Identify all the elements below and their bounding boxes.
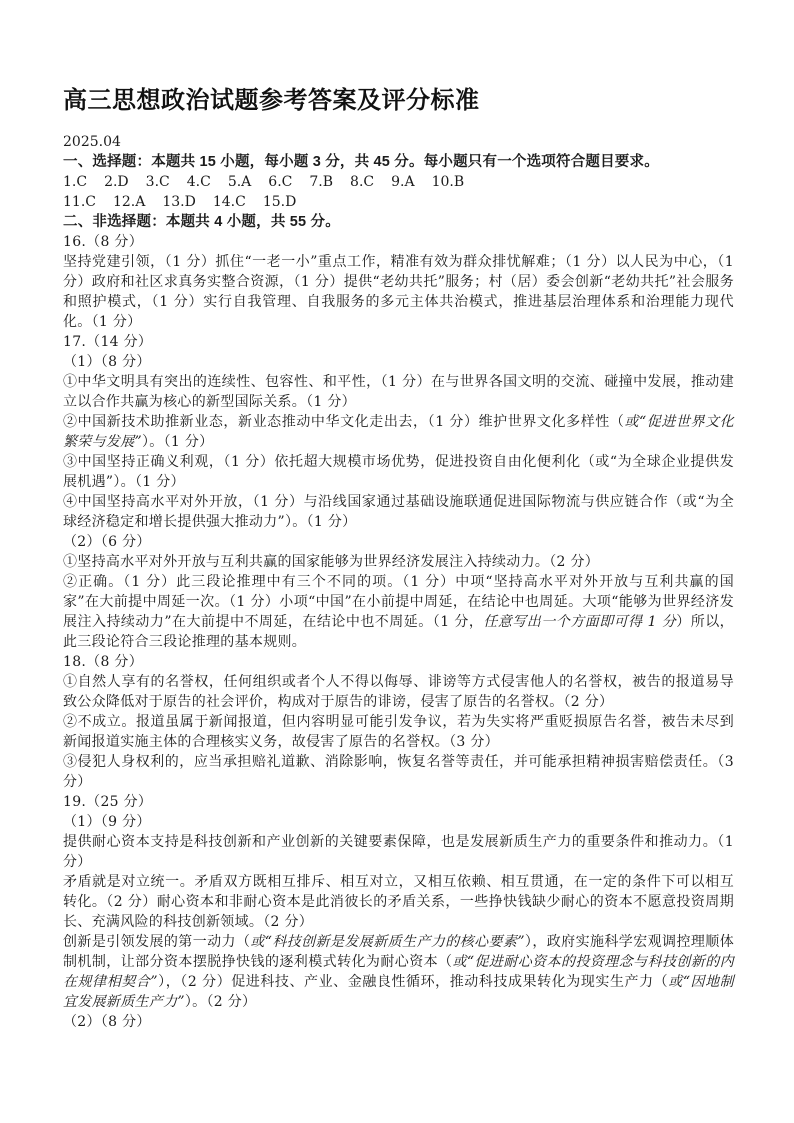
answer-item: 11.C [63, 192, 96, 212]
answer-item: 7.B [309, 172, 333, 192]
q16-answer: 坚持党建引领，（1 分）抓住“一老一小”重点工作，精准有效为群众排忧解难；（1 … [63, 252, 734, 332]
answer-item: 13.D [162, 192, 196, 212]
answer-item: 15.D [263, 192, 297, 212]
answer-item: 1.C [63, 172, 87, 192]
q17-part1-point4: ④中国坚持高水平对外开放，（1 分）与沿线国家通过基础设施联通促进国际物流与供应… [63, 492, 734, 532]
date-label: 2025.04 [63, 132, 734, 152]
answer-item: 4.C [187, 172, 211, 192]
q19-part1-para3: 创新是引领发展的第一动力（或“科技创新是发展新质生产力的核心要素”），政府实施科… [63, 932, 734, 1012]
q19-part1-para1: 提供耐心资本支持是科技创新和产业创新的关键要素保障，也是发展新质生产力的重要条件… [63, 832, 734, 872]
q17-part1-point1: ①中华文明具有突出的连续性、包容性、和平性，（1 分）在与世界各国文明的交流、碰… [63, 372, 734, 412]
q16-number: 16.（8 分） [63, 232, 734, 252]
answer-item: 8.C [350, 172, 374, 192]
document-content: 高三思想政治试题参考答案及评分标准 2025.04 一、选择题：本题共 15 小… [0, 0, 794, 1032]
q18-point3: ③侵犯人身权利的，应当承担赔礼道歉、消除影响，恢复名誉等责任，并可能承担精神损害… [63, 752, 734, 792]
q19-part2-number: （2）（8 分） [63, 1012, 734, 1032]
answer-item: 10.B [432, 172, 465, 192]
answer-blocks: 16.（8 分）坚持党建引领，（1 分）抓住“一老一小”重点工作，精准有效为群众… [63, 232, 734, 1032]
q17-part1-point3: ③中国坚持正确义利观，（1 分）依托超大规模市场优势，促进投资自由化便利化（或“… [63, 452, 734, 492]
q18-point2: ②不成立。报道虽属于新闻报道，但内容明显可能引发争议，若为失实将严重贬损原告名誉… [63, 712, 734, 752]
q19-part1-number: （1）（9 分） [63, 812, 734, 832]
answer-item: 14.C [213, 192, 246, 212]
answer-row: 1.C2.D3.C4.C5.A6.C7.B8.C9.A10.B [63, 172, 734, 192]
answer-item: 9.A [391, 172, 414, 192]
answer-row: 11.C12.A13.D14.C15.D [63, 192, 734, 212]
q18-number: 18.（8 分） [63, 652, 734, 672]
nonchoice-section-heading: 二、非选择题：本题共 4 小题，共 55 分。 [63, 212, 734, 232]
q17-part1-point2: ②中国新技术助推新业态，新业态推动中华文化走出去，（1 分）维护世界文化多样性（… [63, 412, 734, 452]
answer-item: 5.A [228, 172, 251, 192]
q18-point1: ①自然人享有的名誉权，任何组织或者个人不得以侮辱、诽谤等方式侵害他人的名誉权，被… [63, 672, 734, 712]
answer-item: 3.C [146, 172, 170, 192]
answer-item: 12.A [113, 192, 145, 212]
q17-number: 17.（14 分） [63, 332, 734, 352]
q17-part1-number: （1）（8 分） [63, 352, 734, 372]
choice-section-heading: 一、选择题：本题共 15 小题，每小题 3 分，共 45 分。每小题只有一个选项… [63, 152, 734, 172]
document-page: 高三思想政治试题参考答案及评分标准 2025.04 一、选择题：本题共 15 小… [0, 0, 794, 1123]
answer-item: 2.D [104, 172, 129, 192]
q17-part2-point2: ②正确。（1 分）此三段论推理中有三个不同的项。（1 分）中项“坚持高水平对外开… [63, 572, 734, 652]
answer-item: 6.C [268, 172, 292, 192]
page-title: 高三思想政治试题参考答案及评分标准 [63, 86, 734, 116]
q17-part2-point1: ①坚持高水平对外开放与互利共赢的国家能够为世界经济发展注入持续动力。（2 分） [63, 552, 734, 572]
q17-part2-number: （2）（6 分） [63, 532, 734, 552]
q19-part1-para2: 矛盾就是对立统一。矛盾双方既相互排斥、相互对立，又相互依赖、相互贯通，在一定的条… [63, 872, 734, 932]
q19-number: 19.（25 分） [63, 792, 734, 812]
choice-answers: 1.C2.D3.C4.C5.A6.C7.B8.C9.A10.B11.C12.A1… [63, 172, 734, 212]
